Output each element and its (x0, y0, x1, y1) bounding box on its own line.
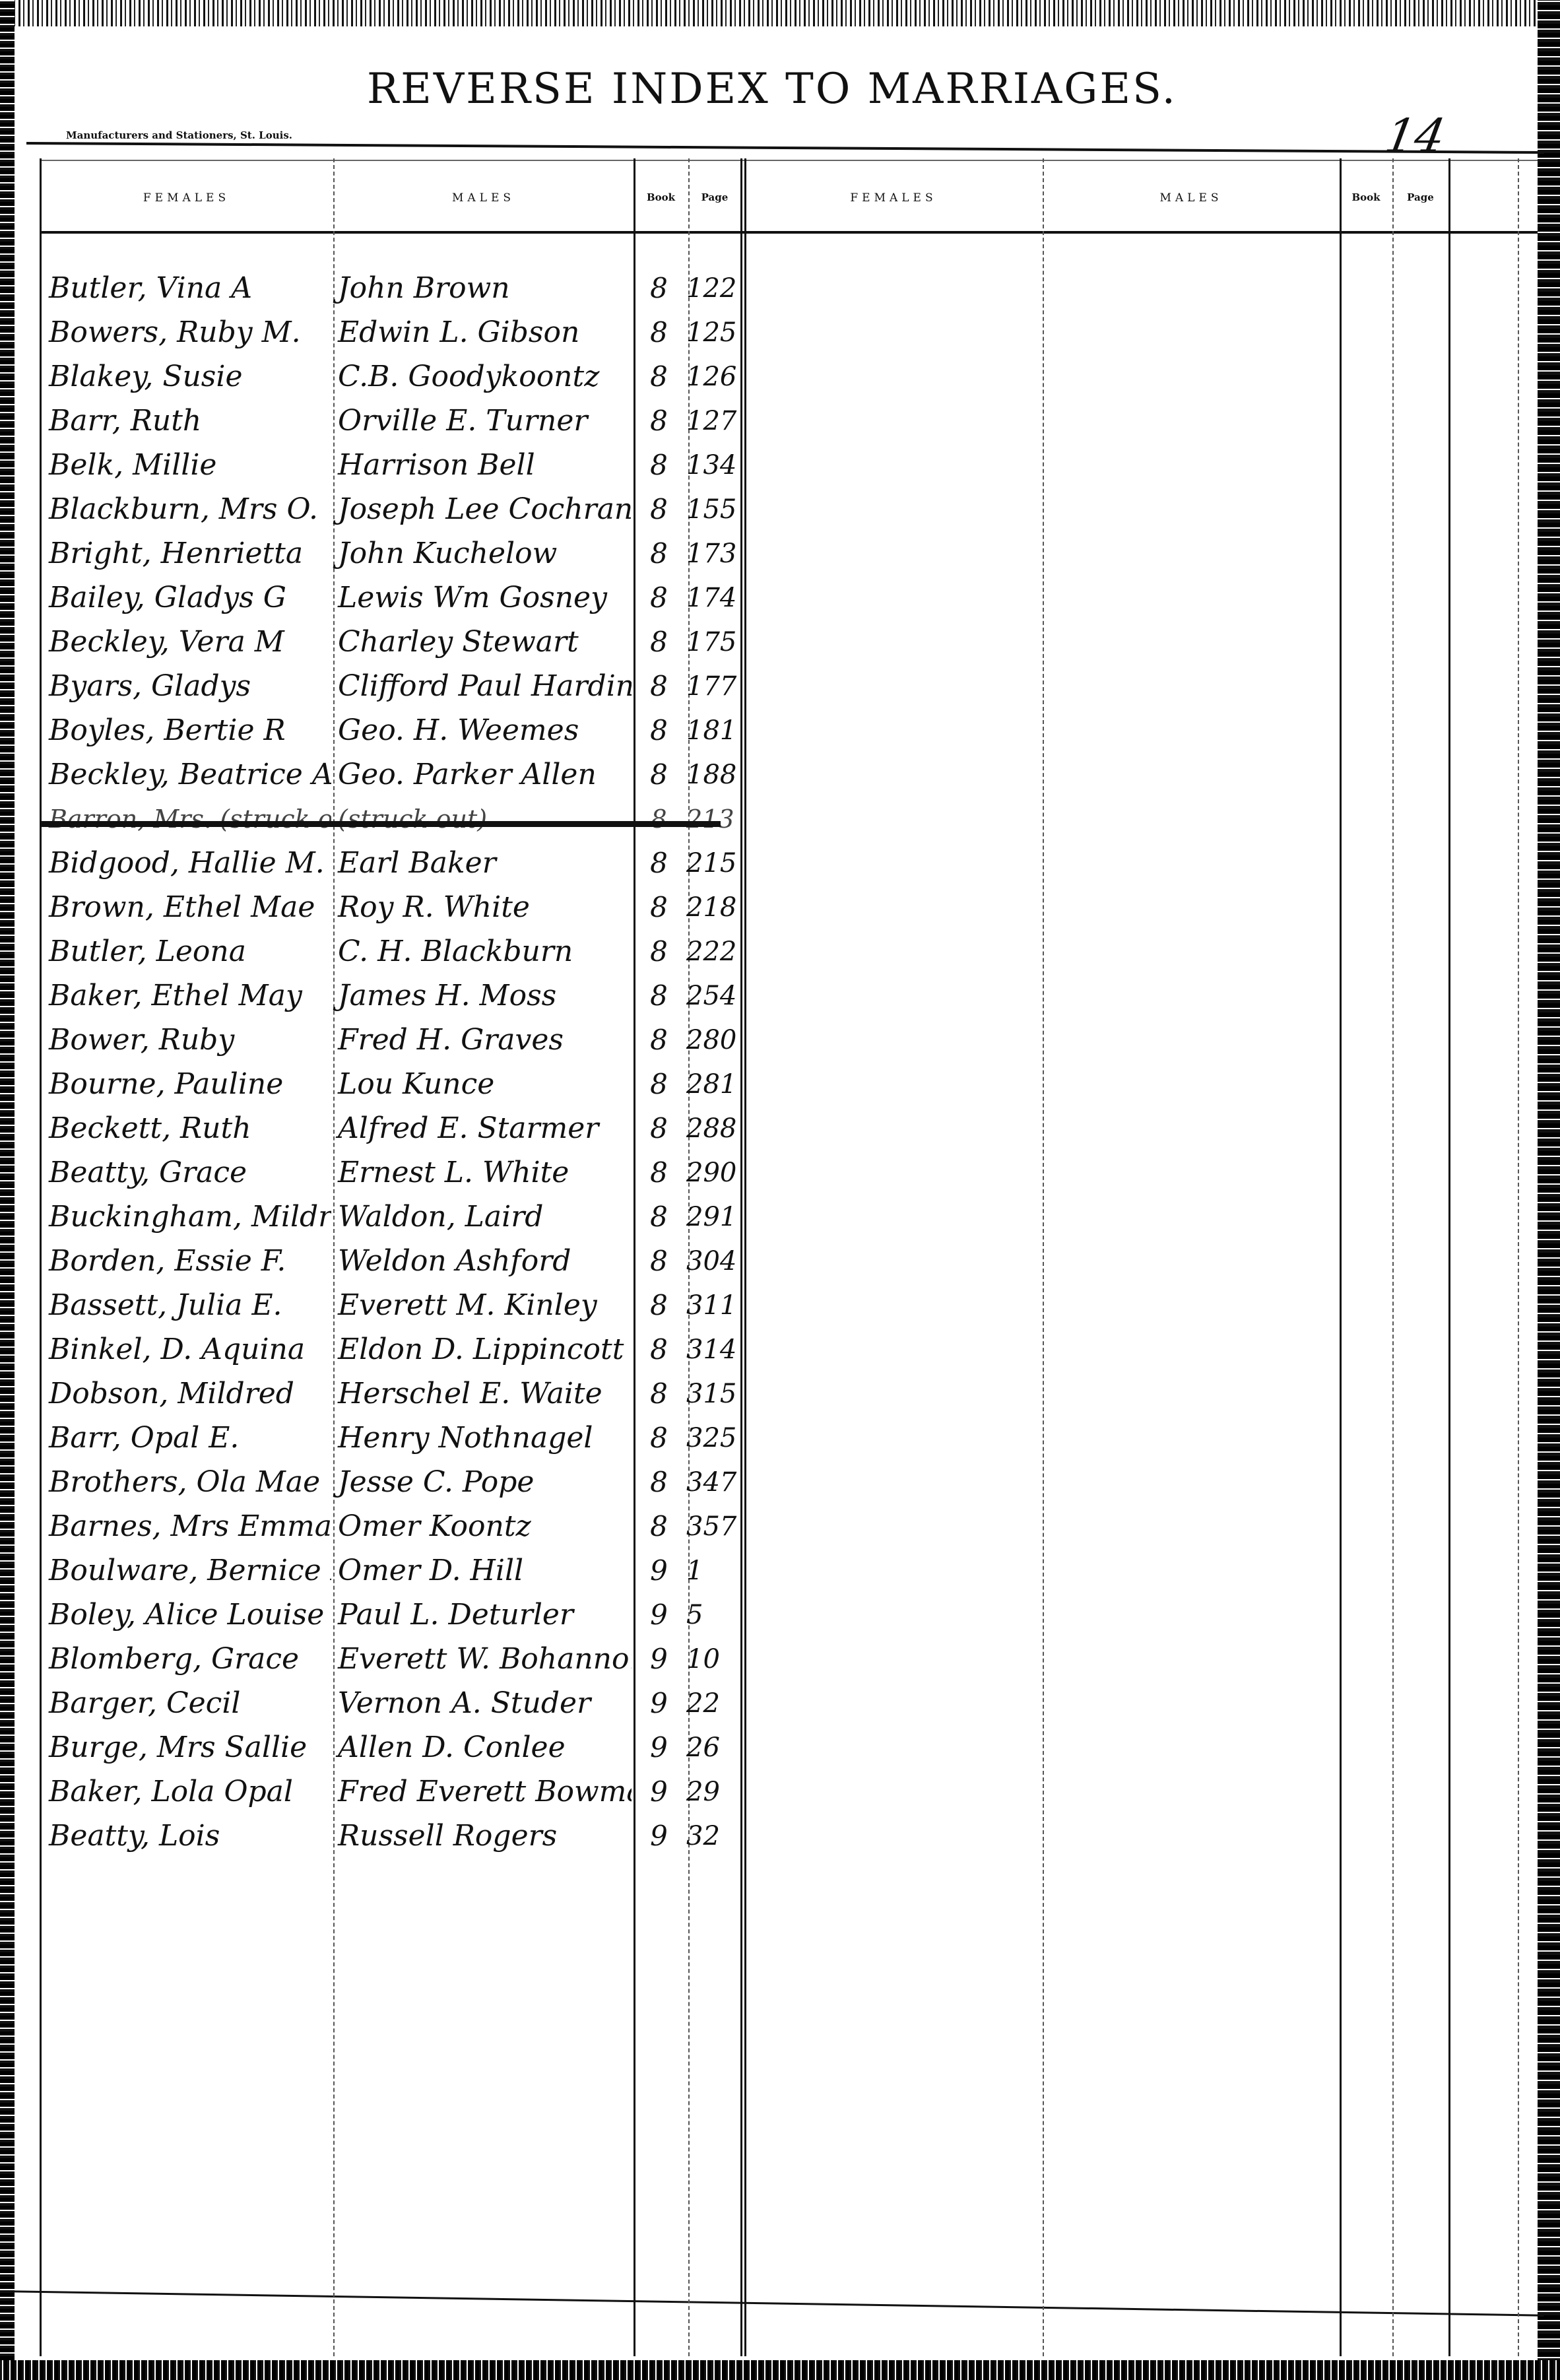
male-name: Charley Stewart (331, 622, 632, 662)
female-name: Blackburn, Mrs O. (41, 490, 331, 529)
male-name: Jesse C. Pope (331, 1463, 632, 1502)
entry-row: Bower, Ruby Fred H. Graves 8 280 (41, 1016, 747, 1060)
header-females-left: FEMALES (40, 191, 333, 205)
male-name: Weldon Ashford (331, 1241, 632, 1281)
book-number: 8 (632, 1418, 686, 1458)
book-number: 9 (632, 1728, 686, 1768)
male-name: James H. Moss (331, 976, 632, 1016)
page-ref: 122 (686, 269, 739, 308)
male-name: Paul L. Deturler (331, 1595, 632, 1635)
page-ref: 175 (686, 622, 739, 662)
page-ref: 215 (686, 843, 739, 883)
page-ref: 127 (686, 401, 739, 441)
male-name: Geo. H. Weemes (331, 711, 632, 750)
page-ref: 291 (686, 1197, 739, 1237)
entry-row: Bowers, Ruby M. Edwin L. Gibson 8 125 (41, 308, 747, 352)
page-ref: 347 (686, 1463, 739, 1502)
page-ref: 357 (686, 1507, 739, 1546)
header-book-left: Book (634, 191, 688, 203)
female-name: Bailey, Gladys G (41, 578, 331, 618)
page-ref: 126 (686, 357, 739, 397)
male-name: Allen D. Conlee (331, 1728, 632, 1768)
entry-row: Beckley, Vera M Charley Stewart 8 175 (41, 618, 747, 662)
book-number: 8 (632, 711, 686, 750)
male-name: Joseph Lee Cochrane (331, 490, 632, 529)
female-name: Blakey, Susie (41, 357, 331, 397)
book-number: 8 (632, 1153, 686, 1193)
male-name: Harrison Bell (331, 446, 632, 485)
maker-imprint: Manufacturers and Stationers, St. Louis. (66, 129, 292, 141)
entry-row: Boyles, Bertie R Geo. H. Weemes 8 181 (41, 706, 747, 750)
female-name: Burge, Mrs Sallie (41, 1728, 331, 1768)
entry-row: Bourne, Pauline Lou Kunce 8 281 (41, 1060, 747, 1104)
male-name: Earl Baker (331, 843, 632, 883)
page-ref: 155 (686, 490, 739, 529)
female-name: Bassett, Julia E. (41, 1286, 331, 1325)
book-number: 8 (632, 534, 686, 574)
book-number: 8 (632, 1241, 686, 1281)
female-name: Boyles, Bertie R (41, 711, 331, 750)
page-ref: 174 (686, 578, 739, 618)
scan-edge-top (0, 0, 1560, 26)
entry-row: Butler, Vina A John Brown 8 122 (41, 264, 747, 308)
page-ref: 281 (686, 1065, 739, 1104)
female-name: Brothers, Ola Mae (41, 1463, 331, 1502)
book-number: 8 (632, 490, 686, 529)
entry-row: Beatty, Grace Ernest L. White 8 290 (41, 1148, 747, 1193)
male-name: Waldon, Laird (331, 1197, 632, 1237)
header-bottom-rule (40, 231, 1538, 234)
page-ref: 314 (686, 1330, 739, 1370)
female-name: Dobson, Mildred (41, 1374, 331, 1414)
page-number: 14 (1381, 109, 1450, 163)
female-name: Belk, Millie (41, 446, 331, 485)
female-name: Boulware, Bernice M. (41, 1551, 331, 1591)
book-number: 8 (632, 1463, 686, 1502)
male-name: Orville E. Turner (331, 401, 632, 441)
book-number: 8 (632, 357, 686, 397)
page-ref: 32 (686, 1816, 739, 1856)
page-ref: 26 (686, 1728, 739, 1768)
female-name: Bourne, Pauline (41, 1065, 331, 1104)
page-ref: 22 (686, 1684, 739, 1723)
page-ref: 173 (686, 534, 739, 574)
female-name: Blomberg, Grace (41, 1639, 331, 1679)
male-name: Fred Everett Bowman (331, 1772, 632, 1812)
book-number: 8 (632, 755, 686, 795)
entry-row: Dobson, Mildred Herschel E. Waite 8 315 (41, 1370, 747, 1414)
page-ref: 29 (686, 1772, 739, 1812)
page-ref: 315 (686, 1374, 739, 1414)
entry-row: Beatty, Lois Russell Rogers 9 32 (41, 1812, 747, 1856)
page-ref: 325 (686, 1418, 739, 1458)
entry-row: Baker, Ethel May James H. Moss 8 254 (41, 972, 747, 1016)
entry-row: Burge, Mrs Sallie Allen D. Conlee 9 26 (41, 1723, 747, 1768)
female-name: Barron, Mrs. (struck out) (41, 799, 331, 839)
male-name: Omer D. Hill (331, 1551, 632, 1591)
entry-row: Bidgood, Hallie M. Earl Baker 8 215 (41, 839, 747, 883)
female-name: Barnes, Mrs Emma (41, 1507, 331, 1546)
right-page-divider (1448, 158, 1450, 2356)
entry-row: Barr, Opal E. Henry Nothnagel 8 325 (41, 1414, 747, 1458)
female-name: Bowers, Ruby M. (41, 313, 331, 352)
entry-row: Buckingham, Mildred Waldon, Laird 8 291 (41, 1193, 747, 1237)
scan-edge-right (1538, 0, 1560, 2380)
female-name: Baker, Ethel May (41, 976, 331, 1016)
entry-row: Byars, Gladys Clifford Paul Harding 8 17… (41, 662, 747, 706)
male-name: Everett W. Bohannon (331, 1639, 632, 1679)
book-number: 9 (632, 1684, 686, 1723)
male-name: Lewis Wm Gosney (331, 578, 632, 618)
header-top-rule (40, 160, 1538, 161)
entry-row: Beckley, Beatrice A. Geo. Parker Allen 8… (41, 750, 747, 795)
male-name: Lou Kunce (331, 1065, 632, 1104)
female-name: Buckingham, Mildred (41, 1197, 331, 1237)
page-ref: 304 (686, 1241, 739, 1281)
page-ref: 181 (686, 711, 739, 750)
entry-row: Boley, Alice Louise Paul L. Deturler 9 5 (41, 1591, 747, 1635)
male-name: Alfred E. Starmer (331, 1109, 632, 1148)
book-number: 8 (632, 1020, 686, 1060)
female-name: Bidgood, Hallie M. (41, 843, 331, 883)
right-edge-line (1518, 158, 1519, 2356)
female-name: Brown, Ethel Mae (41, 888, 331, 927)
entry-row: Borden, Essie F. Weldon Ashford 8 304 (41, 1237, 747, 1281)
male-name: C. H. Blackburn (331, 932, 632, 972)
book-number: 8 (632, 932, 686, 972)
top-rule (26, 142, 1544, 154)
female-name: Butler, Leona (41, 932, 331, 972)
page-ref: 213 (686, 799, 739, 839)
book-number: 8 (632, 799, 686, 839)
book-number: 8 (632, 269, 686, 308)
scan-edge-bottom (0, 2360, 1560, 2380)
entry-row: Beckett, Ruth Alfred E. Starmer 8 288 (41, 1104, 747, 1148)
book-number: 9 (632, 1595, 686, 1635)
book-number: 8 (632, 1197, 686, 1237)
right-males-book-divider (1340, 158, 1342, 2356)
female-name: Beckley, Beatrice A. (41, 755, 331, 795)
male-name: Roy R. White (331, 888, 632, 927)
female-name: Bright, Henrietta (41, 534, 331, 574)
page-ref: 1 (686, 1551, 739, 1591)
male-name: John Kuchelow (331, 534, 632, 574)
book-number: 8 (632, 888, 686, 927)
book-number: 8 (632, 578, 686, 618)
male-name: Vernon A. Studer (331, 1684, 632, 1723)
book-number: 9 (632, 1772, 686, 1812)
male-name: Ernest L. White (331, 1153, 632, 1193)
male-name: Everett M. Kinley (331, 1286, 632, 1325)
page-title: REVERSE INDEX TO MARRIAGES. (284, 65, 1260, 114)
female-name: Barr, Opal E. (41, 1418, 331, 1458)
book-number: 8 (632, 976, 686, 1016)
book-number: 8 (632, 1065, 686, 1104)
book-number: 8 (632, 313, 686, 352)
male-name: C.B. Goodykoontz (331, 357, 632, 397)
male-name: Clifford Paul Harding (331, 667, 632, 706)
page-ref: 125 (686, 313, 739, 352)
entry-row: Bright, Henrietta John Kuchelow 8 173 (41, 529, 747, 574)
entry-row: Baker, Lola Opal Fred Everett Bowman 9 2… (41, 1768, 747, 1812)
entry-row: Barger, Cecil Vernon A. Studer 9 22 (41, 1679, 747, 1723)
book-number: 8 (632, 843, 686, 883)
right-book-page-divider (1392, 158, 1394, 2356)
female-name: Bower, Ruby (41, 1020, 331, 1060)
page-ref: 134 (686, 446, 739, 485)
entry-row: Barr, Ruth Orville E. Turner 8 127 (41, 397, 747, 441)
male-name: Omer Koontz (331, 1507, 632, 1546)
header-book-right: Book (1340, 191, 1392, 203)
book-number: 8 (632, 1374, 686, 1414)
entry-row: Brothers, Ola Mae Jesse C. Pope 8 347 (41, 1458, 747, 1502)
male-name: Fred H. Graves (331, 1020, 632, 1060)
entry-row: Barnes, Mrs Emma Omer Koontz 8 357 (41, 1502, 747, 1546)
book-number: 8 (632, 401, 686, 441)
female-name: Barr, Ruth (41, 401, 331, 441)
male-name: Henry Nothnagel (331, 1418, 632, 1458)
book-number: 8 (632, 1330, 686, 1370)
female-name: Beckett, Ruth (41, 1109, 331, 1148)
female-name: Beckley, Vera M (41, 622, 331, 662)
book-number: 8 (632, 1109, 686, 1148)
header-females-right: FEMALES (744, 191, 1043, 205)
female-name: Beatty, Grace (41, 1153, 331, 1193)
book-number: 9 (632, 1551, 686, 1591)
page-ref: 10 (686, 1639, 739, 1679)
entry-row: Bailey, Gladys G Lewis Wm Gosney 8 174 (41, 574, 747, 618)
bottom-rule (0, 2290, 1544, 2317)
male-name: (struck out) (331, 799, 632, 839)
page-ref: 288 (686, 1109, 739, 1148)
entry-row: Butler, Leona C. H. Blackburn 8 222 (41, 927, 747, 972)
header-page-right: Page (1392, 191, 1448, 203)
page-ref: 280 (686, 1020, 739, 1060)
book-number: 8 (632, 667, 686, 706)
entry-row: Belk, Millie Harrison Bell 8 134 (41, 441, 747, 485)
page-ref: 177 (686, 667, 739, 706)
female-name: Binkel, D. Aquina (41, 1330, 331, 1370)
entry-row: Blakey, Susie C.B. Goodykoontz 8 126 (41, 352, 747, 397)
entry-row: Bassett, Julia E. Everett M. Kinley 8 31… (41, 1281, 747, 1325)
male-name: Geo. Parker Allen (331, 755, 632, 795)
male-name: John Brown (331, 269, 632, 308)
female-name: Byars, Gladys (41, 667, 331, 706)
page-ref: 254 (686, 976, 739, 1016)
entries-list: Butler, Vina A John Brown 8 122 Bowers, … (41, 264, 747, 1856)
male-name: Eldon D. Lippincott (331, 1330, 632, 1370)
male-name: Herschel E. Waite (331, 1374, 632, 1414)
header-males-right: MALES (1043, 191, 1340, 205)
right-females-males-divider (1043, 158, 1044, 2356)
book-number: 8 (632, 1286, 686, 1325)
entry-row: Binkel, D. Aquina Eldon D. Lippincott 8 … (41, 1325, 747, 1370)
book-number: 9 (632, 1639, 686, 1679)
book-number: 8 (632, 446, 686, 485)
scan-edge-left (0, 0, 15, 2380)
book-number: 9 (632, 1816, 686, 1856)
book-number: 8 (632, 1507, 686, 1546)
female-name: Baker, Lola Opal (41, 1772, 331, 1812)
book-number: 8 (632, 622, 686, 662)
header-page-left: Page (688, 191, 741, 203)
entry-row: Brown, Ethel Mae Roy R. White 8 218 (41, 883, 747, 927)
page-ref: 311 (686, 1286, 739, 1325)
page-ref: 222 (686, 932, 739, 972)
page-ref: 5 (686, 1595, 739, 1635)
male-name: Edwin L. Gibson (331, 313, 632, 352)
female-name: Borden, Essie F. (41, 1241, 331, 1281)
female-name: Butler, Vina A (41, 269, 331, 308)
male-name: Russell Rogers (331, 1816, 632, 1856)
entry-row: Blomberg, Grace Everett W. Bohannon 9 10 (41, 1635, 747, 1679)
female-name: Boley, Alice Louise (41, 1595, 331, 1635)
page-ref: 290 (686, 1153, 739, 1193)
female-name: Barger, Cecil (41, 1684, 331, 1723)
entry-row: Blackburn, Mrs O. Joseph Lee Cochrane 8 … (41, 485, 747, 529)
entry-row: Boulware, Bernice M. Omer D. Hill 9 1 (41, 1546, 747, 1591)
page-ref: 218 (686, 888, 739, 927)
entry-row: Barron, Mrs. (struck out) (struck out) 8… (41, 795, 747, 839)
header-males-left: MALES (333, 191, 634, 205)
female-name: Beatty, Lois (41, 1816, 331, 1856)
page-ref: 188 (686, 755, 739, 795)
